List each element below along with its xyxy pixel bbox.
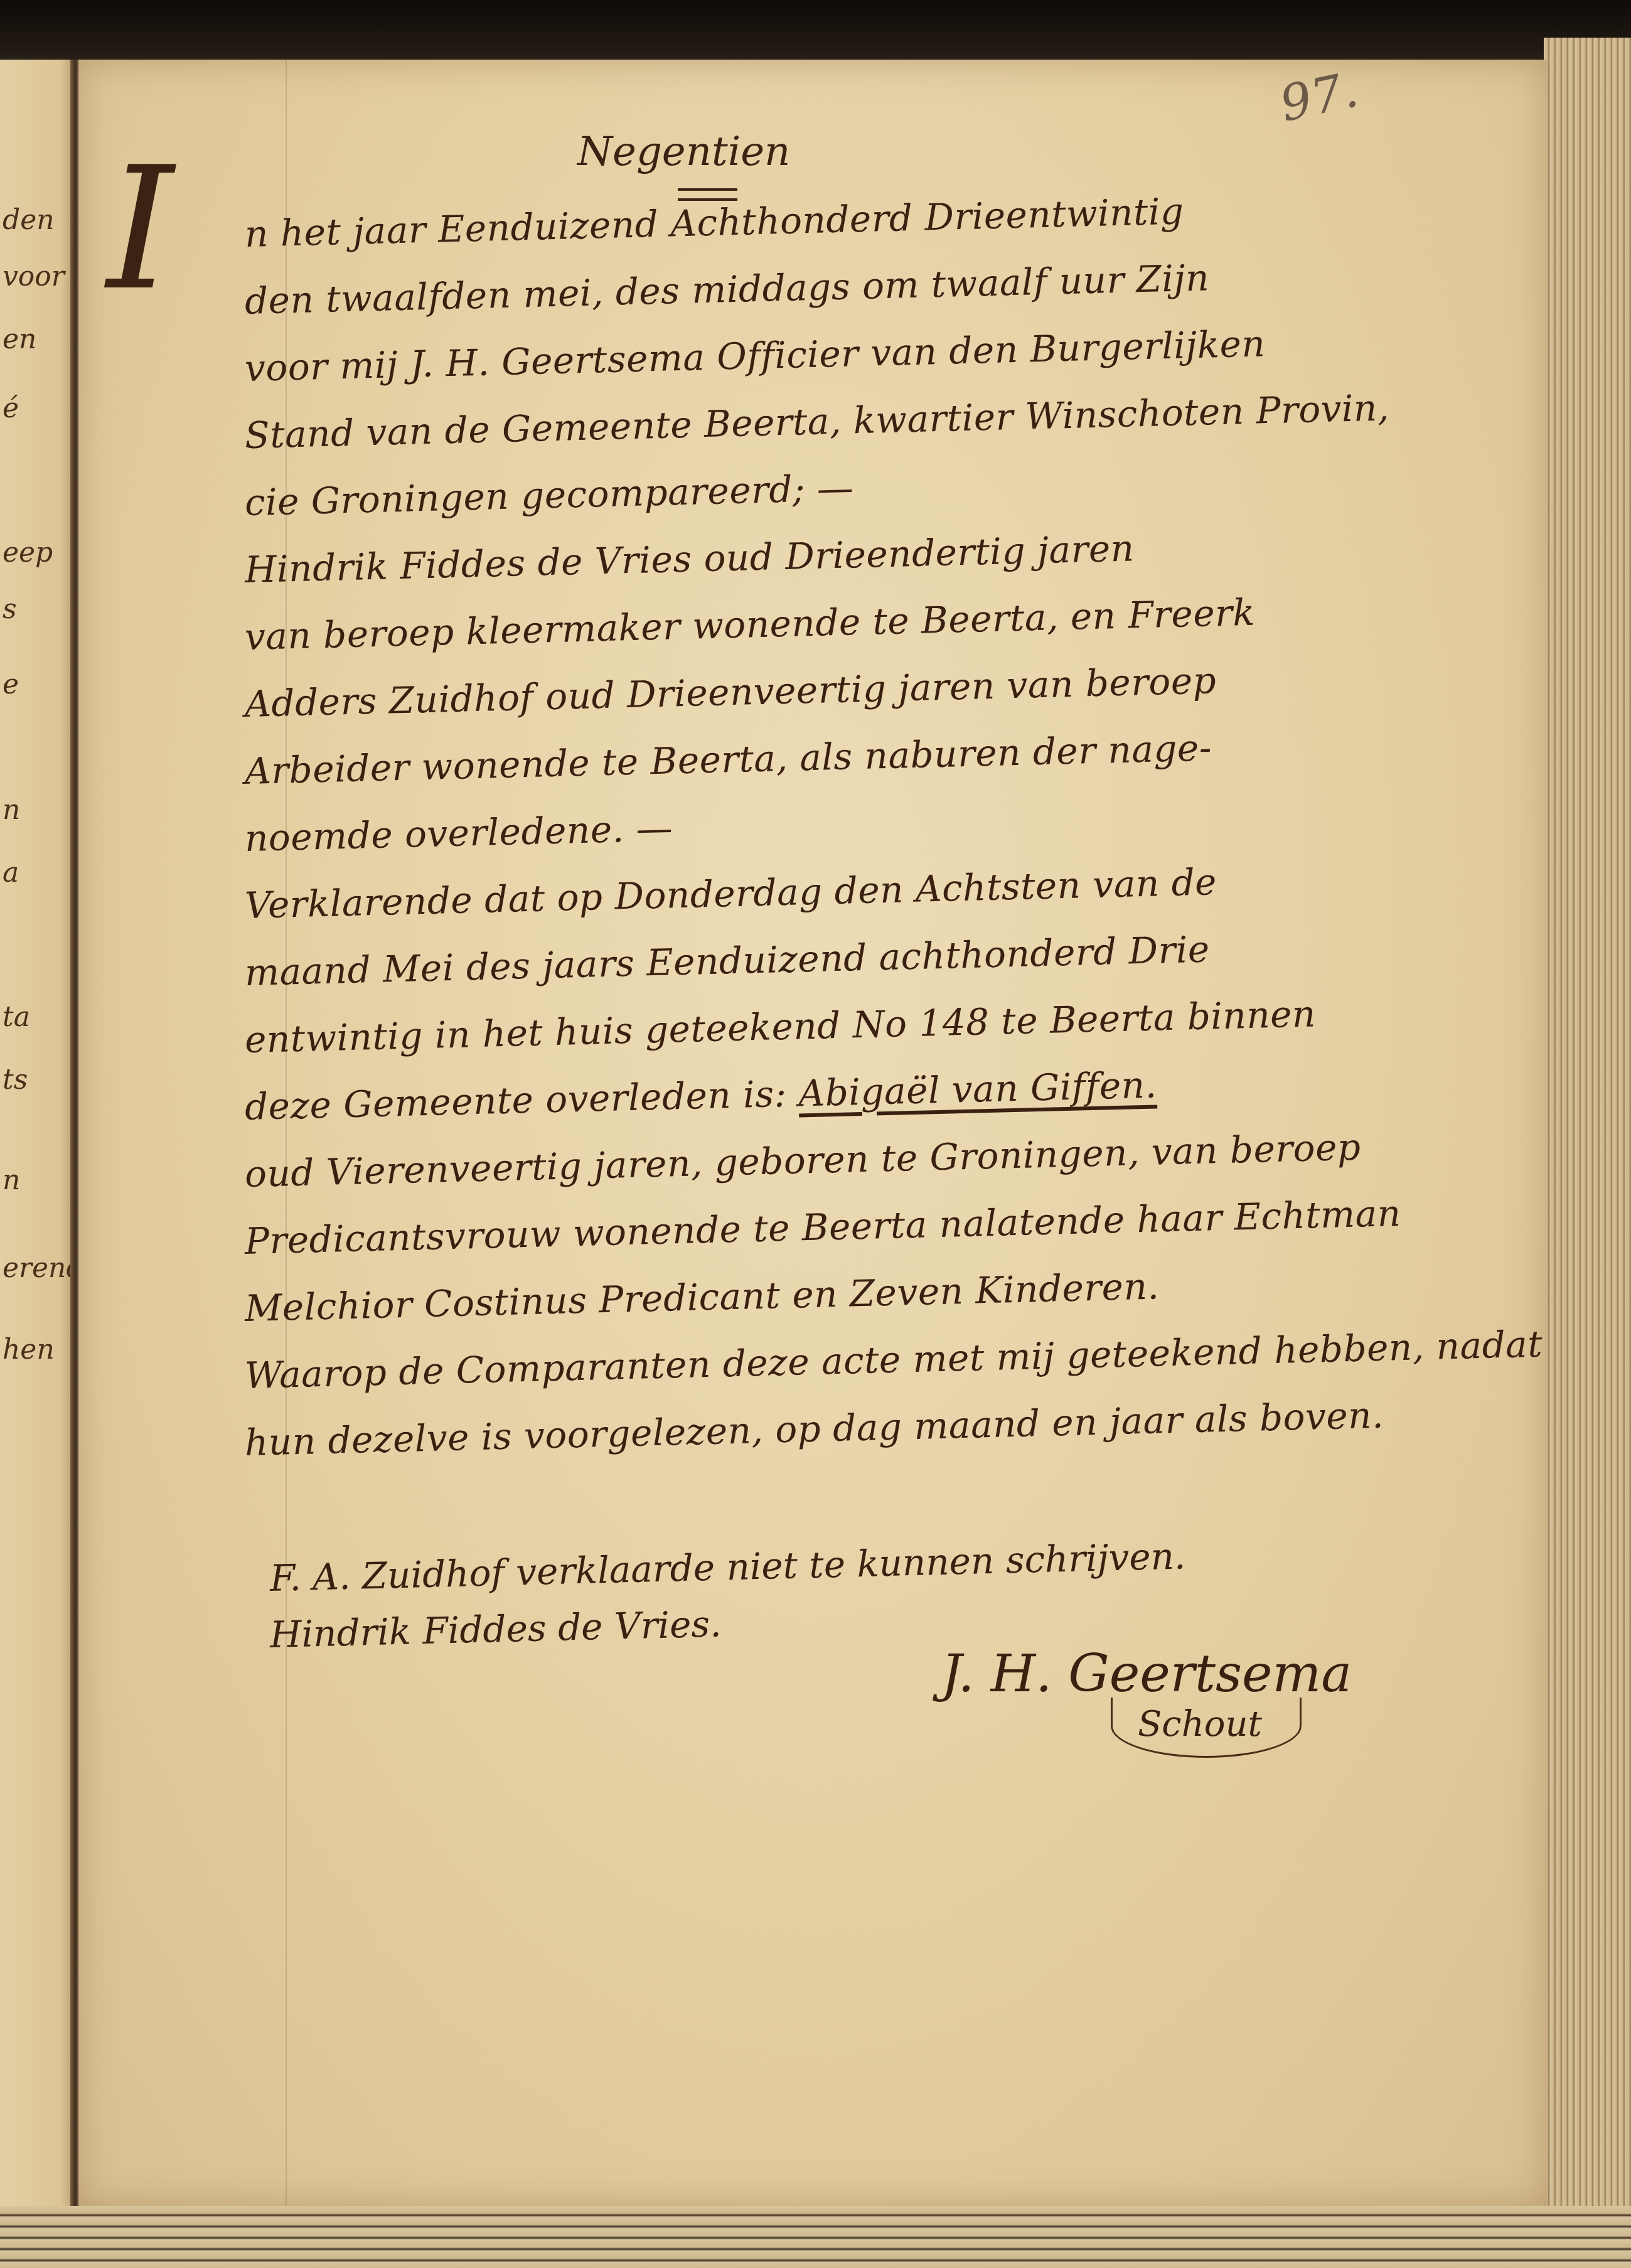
left-page-fragment: en — [3, 323, 36, 355]
left-page-fragment: den — [3, 204, 55, 236]
left-page-fragment: é — [3, 392, 19, 424]
official-signature-title: Schout — [1111, 1698, 1302, 1758]
official-signature-name: J. H. Geertsema — [941, 1644, 1352, 1704]
official-signature-block: J. H. Geertsema Schout — [941, 1644, 1352, 1758]
bottom-page-stack — [0, 2206, 1631, 2268]
left-page-fragment: e — [3, 668, 19, 700]
left-page-fragment: n — [3, 1164, 20, 1196]
left-facing-page: den voor en é eep s e n a ta ts n erend.… — [0, 60, 75, 2237]
left-page-fragment: n — [3, 794, 20, 826]
left-page-fragment: a — [3, 857, 19, 889]
deceased-name: Abigaël van Giffen. — [798, 1063, 1158, 1115]
left-page-fragment: hen — [3, 1334, 55, 1366]
left-page-fragment: ts — [3, 1064, 28, 1096]
record-heading: Negentien — [577, 129, 790, 175]
decorative-initial: I — [107, 144, 174, 314]
left-page-fragment: voor — [3, 260, 65, 292]
left-page-fragment: eep — [3, 537, 53, 569]
body-line-text: deze Gemeente overleden is: — [244, 1072, 799, 1128]
left-page-fragment: ta — [3, 1001, 30, 1033]
record-body: n het jaar Eenduizend Achthonderd Drieen… — [245, 201, 1531, 1477]
page-edge-stack — [1544, 38, 1631, 2234]
left-page-fragment: s — [3, 593, 17, 625]
